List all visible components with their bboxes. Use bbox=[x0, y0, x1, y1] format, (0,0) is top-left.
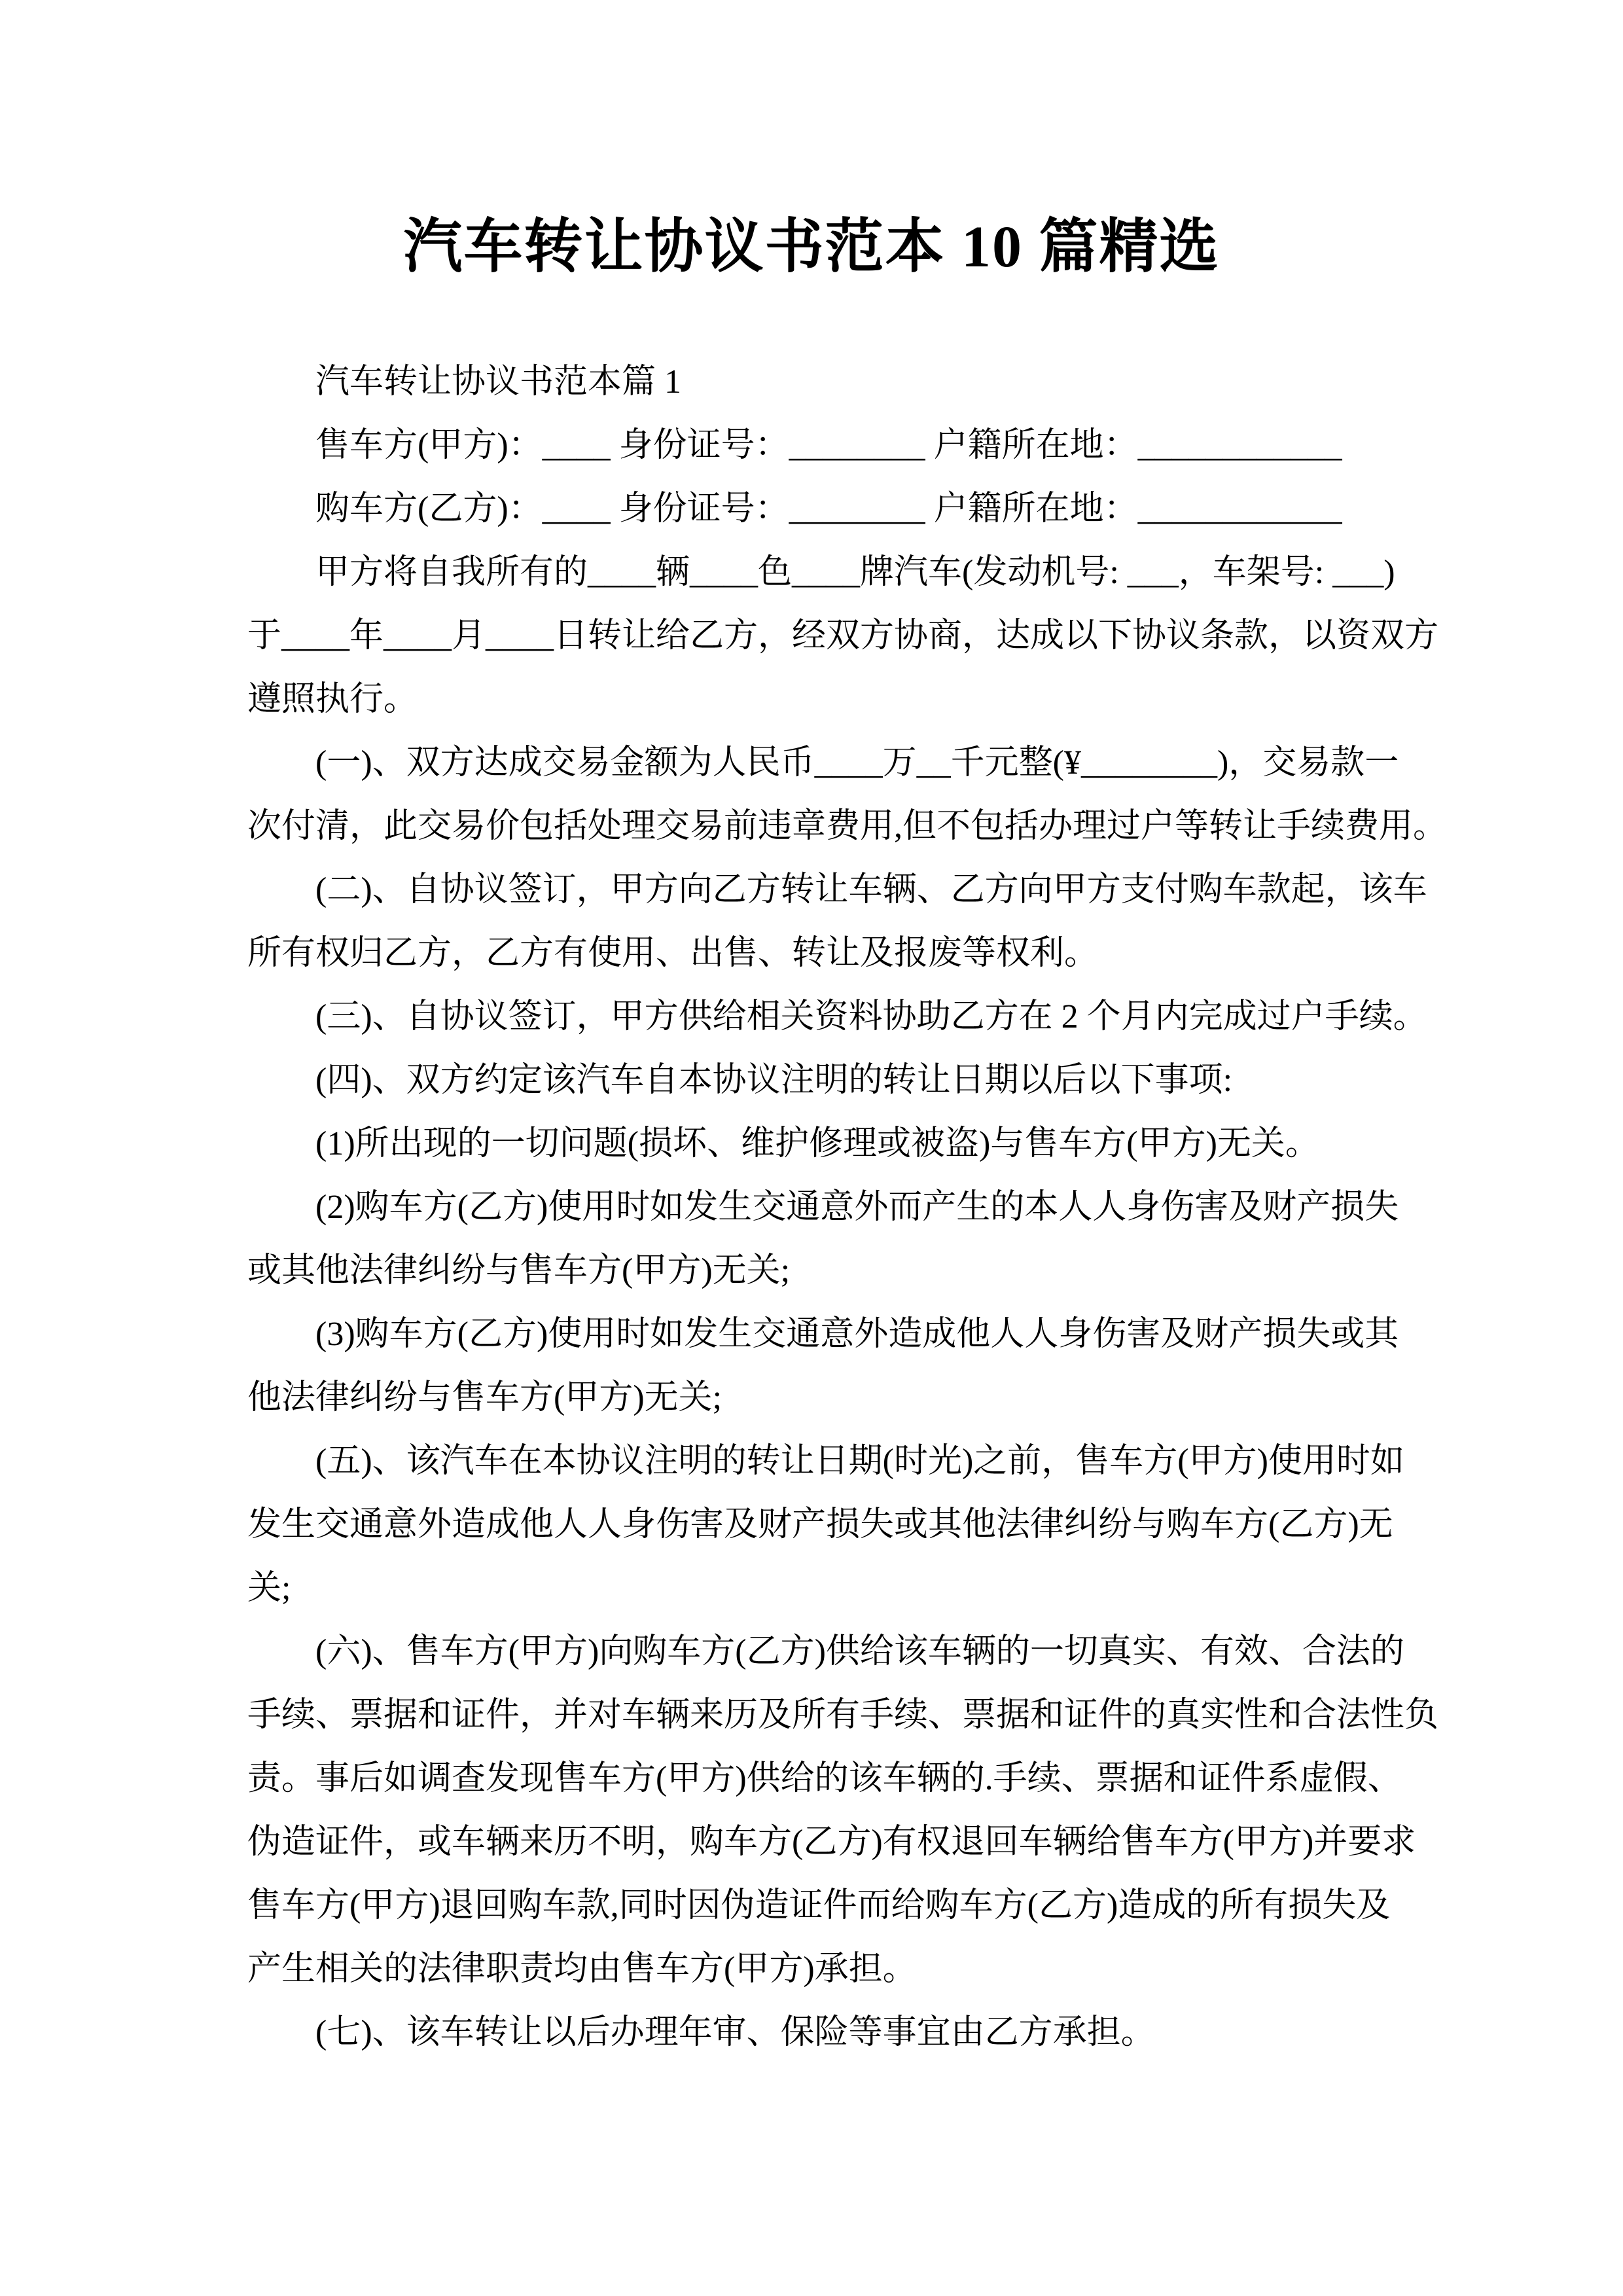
document-line-8: 次付清，此交易价包括处理交易前违章费用,但不包括办理过户等转让手续费用。 bbox=[247, 795, 1419, 858]
document-title: 汽车转让协议书范本 10 篇精选 bbox=[0, 198, 1623, 283]
document-page: 汽车转让协议书范本 10 篇精选 汽车转让协议书范本篇 1售车方(甲方)：___… bbox=[0, 0, 1623, 2296]
document-line-23: 责。事后如调查发现售车方(甲方)供给的该车辆的.手续、票据和证件系虚假、 bbox=[247, 1747, 1419, 1810]
document-line-11: (三)、自协议签订，甲方供给相关资料协助乙方在 2 个月内完成过户手续。 bbox=[247, 985, 1419, 1049]
document-line-24: 伪造证件，或车辆来历不明，购车方(乙方)有权退回车辆给售车方(甲方)并要求 bbox=[247, 1810, 1419, 1874]
document-line-27: (七)、该车转让以后办理年审、保险等事宜由乙方承担。 bbox=[247, 2001, 1419, 2064]
document-line-20: 关; bbox=[247, 1556, 1419, 1620]
document-line-17: 他法律纠纷与售车方(甲方)无关; bbox=[247, 1366, 1419, 1429]
document-line-22: 手续、票据和证件，并对车辆来历及所有手续、票据和证件的真实性和合法性负 bbox=[247, 1683, 1419, 1747]
document-line-6: 遵照执行。 bbox=[247, 668, 1419, 731]
document-line-5: 于____年____月____日转让给乙方，经双方协商，达成以下协议条款，以资双… bbox=[247, 604, 1419, 668]
document-line-12: (四)、双方约定该汽车自本协议注明的转让日期以后以下事项: bbox=[247, 1049, 1419, 1112]
document-line-7: (一)、双方达成交易金额为人民币____万__千元整(¥________)，交易… bbox=[247, 731, 1419, 795]
document-line-15: 或其他法律纠纷与售车方(甲方)无关; bbox=[247, 1239, 1419, 1302]
document-line-3: 购车方(乙方)：____ 身份证号：________ 户籍所在地：_______… bbox=[247, 477, 1419, 541]
document-body: 汽车转让协议书范本篇 1售车方(甲方)：____ 身份证号：________ 户… bbox=[247, 350, 1419, 2064]
document-line-4: 甲方将自我所有的____辆____色____牌汽车(发动机号: ___，车架号:… bbox=[247, 541, 1419, 604]
document-line-25: 售车方(甲方)退回购车款,同时因伪造证件而给购车方(乙方)造成的所有损失及 bbox=[247, 1874, 1419, 1937]
document-line-14: (2)购车方(乙方)使用时如发生交通意外而产生的本人人身伤害及财产损失 bbox=[247, 1175, 1419, 1239]
document-line-16: (3)购车方(乙方)使用时如发生交通意外造成他人人身伤害及财产损失或其 bbox=[247, 1302, 1419, 1366]
document-line-2: 售车方(甲方)：____ 身份证号：________ 户籍所在地：_______… bbox=[247, 414, 1419, 477]
document-line-10: 所有权归乙方，乙方有使用、出售、转让及报废等权利。 bbox=[247, 922, 1419, 985]
document-line-1: 汽车转让协议书范本篇 1 bbox=[247, 350, 1419, 414]
document-line-13: (1)所出现的一切问题(损坏、维护修理或被盗)与售车方(甲方)无关。 bbox=[247, 1112, 1419, 1175]
document-line-26: 产生相关的法律职责均由售车方(甲方)承担。 bbox=[247, 1937, 1419, 2001]
document-line-21: (六)、售车方(甲方)向购车方(乙方)供给该车辆的一切真实、有效、合法的 bbox=[247, 1620, 1419, 1683]
document-line-18: (五)、该汽车在本协议注明的转让日期(时光)之前，售车方(甲方)使用时如 bbox=[247, 1429, 1419, 1493]
document-line-19: 发生交通意外造成他人人身伤害及财产损失或其他法律纠纷与购车方(乙方)无 bbox=[247, 1493, 1419, 1556]
document-line-9: (二)、自协议签订，甲方向乙方转让车辆、乙方向甲方支付购车款起，该车 bbox=[247, 858, 1419, 922]
